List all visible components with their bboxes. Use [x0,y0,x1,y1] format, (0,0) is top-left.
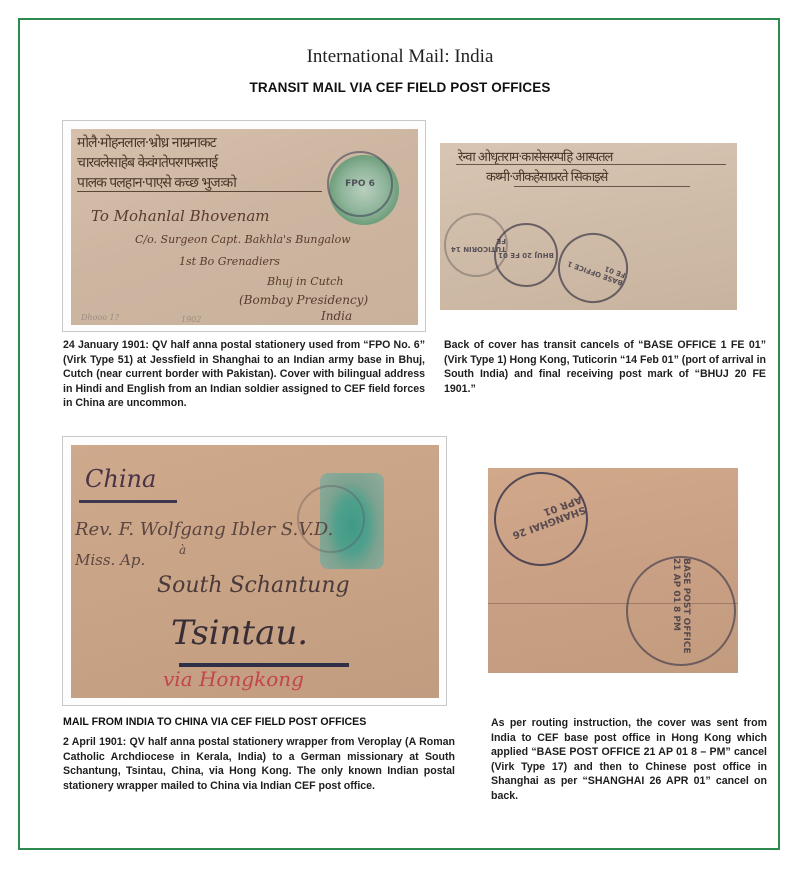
pencil-note: Dhooo 1? [81,313,119,322]
address-line: C/o. Surgeon Capt. Bakhla's Bungalow [135,233,351,246]
address-line: India [321,309,352,323]
devanagari-line: मोलै·मोहनलाल·भ्रोध्र नाम्रनाकट [77,133,216,152]
pencil-note: 1902 [181,315,201,324]
devanagari-line: चारवलेसाहेब केवंगतेपरगफस्ताई [77,153,217,172]
address-line: Miss. Ap. [75,551,145,569]
devanagari-line: रेन्वा ओधृतराम·कासेसरम्पहि आस्पतल [458,147,612,165]
routing-instruction: via Hongkong [163,667,304,691]
fpo-cancel: FPO 6 [327,151,393,217]
cover-1-back-caption: Back of cover has transit cancels of “BA… [444,338,766,396]
address-line-china: China [85,465,156,493]
address-line: à [179,543,186,557]
cover-2-front-image: China Rev. F. Wolfgang Ibler S.V.D. Miss… [71,445,439,698]
cover-2-back-image: SHANGHAI 26 APR 01 BASE POST OFFICE 21 A… [488,468,738,673]
underline [456,164,726,165]
address-line: South Schantung [157,573,350,598]
base-post-office-cancel: BASE POST OFFICE 21 AP 01 8 PM [626,556,736,666]
page-title: International Mail: India [0,46,800,68]
cover-2-back-caption: As per routing instruction, the cover wa… [491,716,767,804]
section-heading: MAIL FROM INDIA TO CHINA VIA CEF FIELD P… [63,716,366,728]
address-line: To Mohanlal Bhovenam [91,207,270,225]
bhuj-cancel: BHUJ 20 FE 01 [494,223,558,287]
address-line: 1st Bo Grenadiers [179,255,280,268]
page-subtitle: TRANSIT MAIL VIA CEF FIELD POST OFFICES [0,80,800,95]
shanghai-cancel: SHANGHAI 26 APR 01 [488,468,601,579]
underline [77,191,322,192]
cover-1-front-caption: 24 January 1901: QV half anna postal sta… [63,338,425,411]
cover-1-front-frame: मोलै·मोहनलाल·भ्रोध्र नाम्रनाकट चारवलेसाह… [62,120,426,332]
devanagari-line: पालक पलहान·पाएसे कच्छ भुजःको [77,173,236,192]
base-office-cancel: BASE OFFICE 1 FE 01 [548,223,638,310]
cover-1-back-image: रेन्वा ओधृतराम·कासेसरम्पहि आस्पतल कथ्मी·… [440,143,737,310]
address-line: Rev. F. Wolfgang Ibler S.V.D. [75,519,333,540]
address-line-tsintau: Tsintau. [171,613,308,653]
address-line: Bhuj in Cutch [267,275,343,288]
address-line: (Bombay Presidency) [239,293,368,307]
underline [79,500,177,503]
underline [514,186,690,187]
cover-2-front-caption: 2 April 1901: QV half anna postal statio… [63,735,455,793]
devanagari-line: कथ्मी·जीकहेसाप्ररते सिकाइसे [486,167,607,185]
cover-2-front-frame: China Rev. F. Wolfgang Ibler S.V.D. Miss… [62,436,447,706]
cover-1-front-image: मोलै·मोहनलाल·भ्रोध्र नाम्रनाकट चारवलेसाह… [71,129,418,325]
